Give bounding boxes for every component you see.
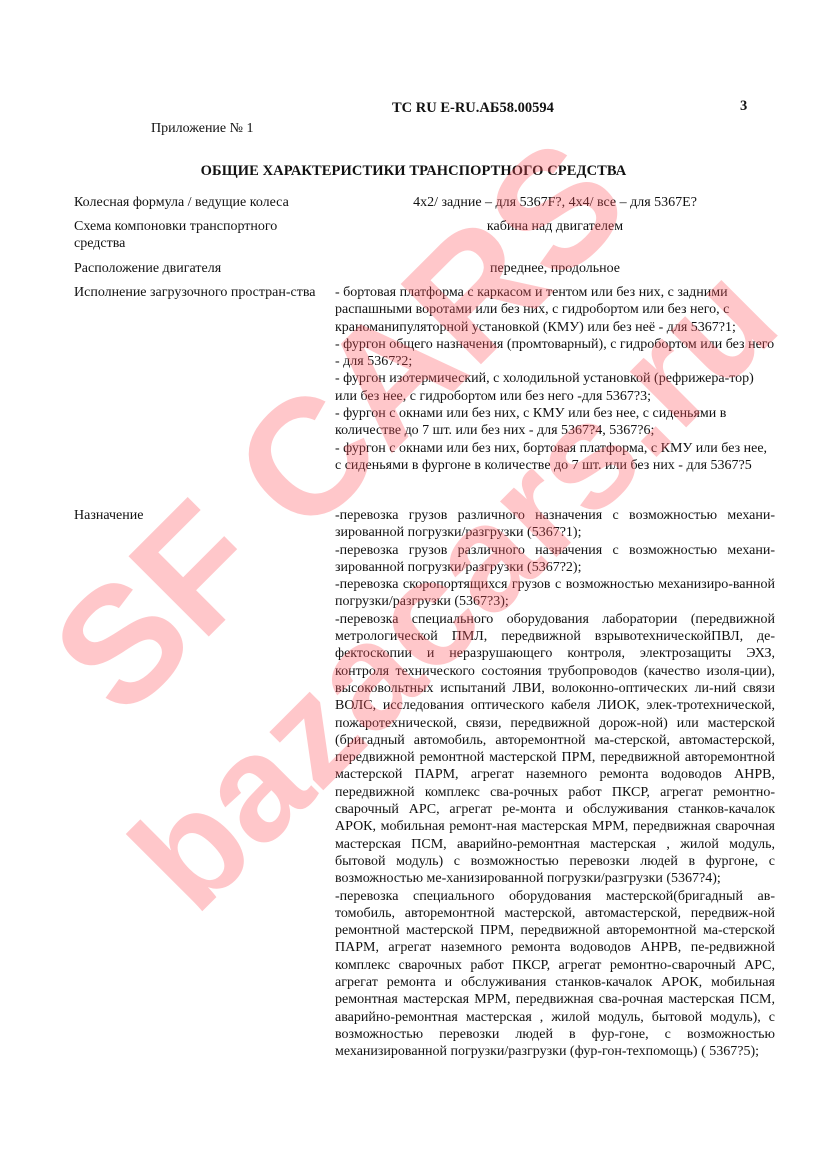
spec-label: Назначение [74,507,314,524]
spec-value-list: - бортовая платформа с каркасом и тентом… [335,284,775,474]
list-item: - фургон общего назначения (промтоварный… [335,336,775,371]
section-title: ОБЩИЕ ХАРАКТЕРИСТИКИ ТРАНСПОРТНОГО СРЕДС… [0,163,827,180]
spec-value: 4х2/ задние – для 5367F?, 4х4/ все – для… [335,194,775,211]
spec-label: Исполнение загрузочного простран-ства [74,284,319,301]
page-number: 3 [740,98,747,115]
appendix-label: Приложение № 1 [151,121,254,137]
list-item: - фургон с окнами или без них, бортовая … [335,440,775,475]
spec-label: Расположение двигателя [74,260,314,277]
list-item: -перевозка специального оборудования мас… [335,888,775,1061]
list-item: - фургон изотермический, с холодильной у… [335,370,775,405]
certificate-number: ТС RU E-RU.АБ58.00594 [392,100,554,117]
spec-value: переднее, продольное [335,260,775,277]
list-item: -перевозка грузов различного назначения … [335,542,775,577]
document-page: ТС RU E-RU.АБ58.00594 3 Приложение № 1 О… [0,0,827,1170]
spec-label: Схема компоновки транспортного средства [74,218,314,253]
list-item: - фургон с окнами или без них, с КМУ или… [335,405,775,440]
list-item: -перевозка специального оборудования лаб… [335,611,775,888]
spec-value: кабина над двигателем [335,218,775,235]
list-item: -перевозка скоропортящихся грузов с возм… [335,576,775,611]
spec-label: Колесная формула / ведущие колеса [74,194,314,211]
list-item: -перевозка грузов различного назначения … [335,507,775,542]
list-item: - бортовая платформа с каркасом и тентом… [335,284,775,336]
spec-value-list: -перевозка грузов различного назначения … [335,507,775,1061]
